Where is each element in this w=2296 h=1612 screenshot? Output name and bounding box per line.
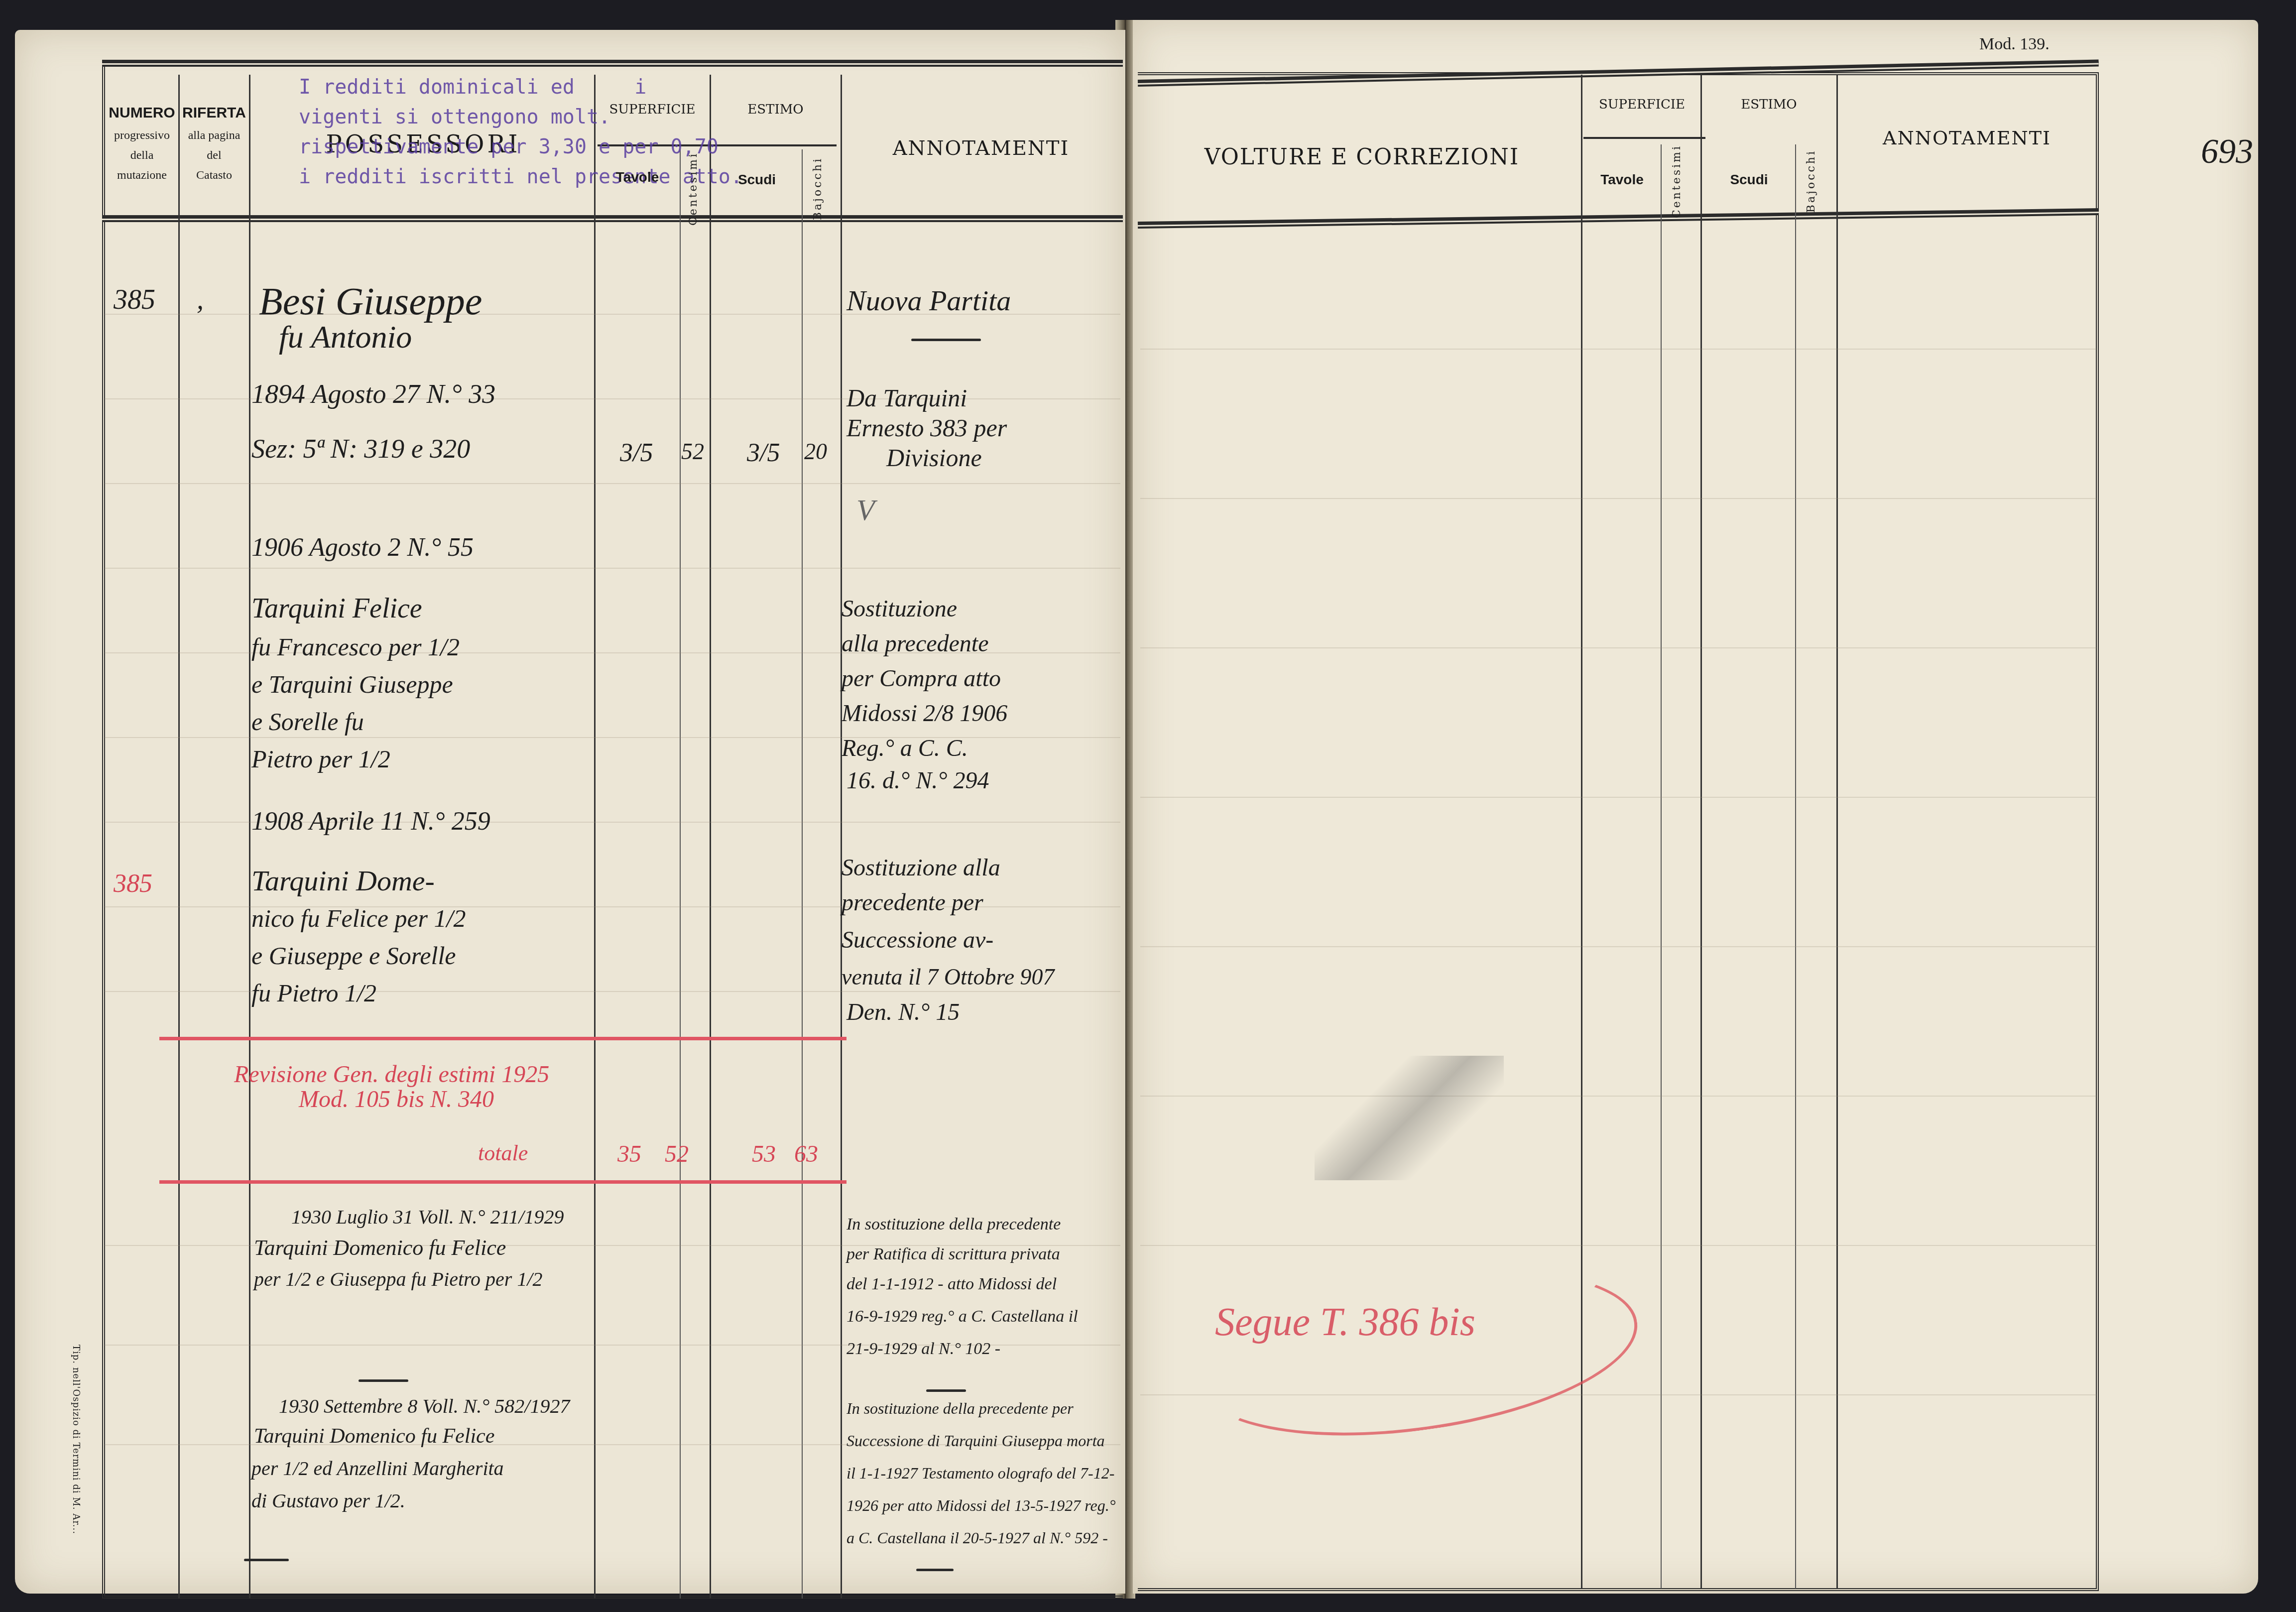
right-superficie-sub-rule <box>1583 137 1705 139</box>
col-line <box>594 75 596 1599</box>
revision-total-label: totale <box>478 1140 528 1166</box>
ruled-line <box>1140 797 2096 798</box>
separator-dash <box>244 1559 289 1561</box>
red-rule-top <box>159 1037 846 1040</box>
header-estimo-right: ESTIMO <box>1703 97 1835 112</box>
header-scudi-right: Scudi <box>1703 172 1795 188</box>
col-line <box>710 75 711 1599</box>
ruled-line <box>1140 349 2096 350</box>
entry-possessore: e Tarquini Giuseppe <box>251 670 453 699</box>
entry-annotamento: per Compra atto <box>842 665 1001 692</box>
entry-annotamento: Sostituzione alla <box>842 854 1000 881</box>
entry-tavole: 3/5 <box>620 438 653 468</box>
later-annotamento: 21-9-1929 al N.° 102 - <box>846 1340 1000 1359</box>
entry-date: 1894 Agosto 27 N.° 33 <box>251 378 495 409</box>
entry-annotamento: Ernesto 383 per <box>846 413 1007 442</box>
col-line <box>1795 144 1796 1589</box>
ruled-line <box>1140 647 2096 648</box>
col-line <box>1836 75 1838 1589</box>
later-entry-line: Tarquini Domenico fu Felice <box>254 1424 494 1448</box>
later-entry-line: Tarquini Domenico fu Felice <box>254 1235 506 1260</box>
pencil-smudge <box>1315 1056 1504 1180</box>
header-superficie-right: SUPERFICIE <box>1583 97 1700 112</box>
entry-annotamento: precedente per <box>842 889 983 916</box>
stamp-line: rispettivamente per 3,30 e per 0,70 <box>299 132 742 162</box>
entry-annotamento: venuta il 7 Ottobre 907 <box>842 964 1055 990</box>
page-number: 693 <box>2201 132 2253 172</box>
later-annotamento: In sostituzione della precedente <box>846 1215 1061 1234</box>
col-line <box>249 75 250 1599</box>
stamp-line: I redditi dominicali ed i <box>299 72 742 102</box>
entry-centesimi: 52 <box>681 438 704 465</box>
header-centesimi: Centesimi <box>687 152 700 226</box>
entry-annotamento: Sostituzione <box>842 595 957 622</box>
entry-possessore: fu Pietro 1/2 <box>251 979 376 1007</box>
later-entry-line: di Gustavo per 1/2. <box>251 1489 405 1512</box>
header-estimo: ESTIMO <box>712 102 839 117</box>
col-line <box>680 149 681 1599</box>
later-annotamento: In sostituzione della precedente per <box>846 1399 1074 1418</box>
header-annotamenti-right: ANNOTAMENTI <box>1842 127 2091 149</box>
header-numero: NUMERO progressivo della mutazione <box>106 105 178 185</box>
entry-annotamento: Reg.° a C. C. <box>842 735 968 762</box>
entry-date: 1906 Agosto 2 N.° 55 <box>251 533 474 562</box>
revision-centesimi: 52 <box>665 1140 689 1168</box>
later-annotamento: 16-9-1929 reg.° a C. Castellana il <box>846 1307 1078 1326</box>
model-label: Mod. 139. <box>1979 35 2050 54</box>
header-riferta-sub: alla pagina <box>179 125 249 145</box>
ruled-line <box>105 568 1120 569</box>
header-riferta-title: RIFERTA <box>179 105 249 122</box>
header-numero-sub: progressivo <box>106 125 178 145</box>
header-scudi: Scudi <box>712 172 802 188</box>
ruled-line <box>1140 946 2096 947</box>
header-tavole: Tavole <box>595 169 680 185</box>
col-line <box>1700 75 1702 1589</box>
revision-tavole: 35 <box>617 1140 641 1168</box>
ruled-line <box>1140 1245 2096 1246</box>
header-bajocchi: Bajocchi <box>812 157 824 220</box>
entry-possessore: fu Francesco per 1/2 <box>251 632 460 661</box>
later-annotamento: per Ratifica di scrittura privata <box>846 1245 1060 1264</box>
entry-possessore: nico fu Felice per 1/2 <box>251 904 466 933</box>
red-rule-bottom <box>159 1180 846 1184</box>
header-numero-sub: della <box>106 145 178 165</box>
entry-section: Sez: 5ª N: 319 e 320 <box>251 433 470 464</box>
col-line <box>802 149 803 1599</box>
later-entry-line: per 1/2 e Giuseppa fu Pietro per 1/2 <box>254 1267 543 1291</box>
ruled-line <box>1140 1096 2096 1097</box>
header-bajocchi-right: Bajocchi <box>1805 149 1817 213</box>
entry-possessore-father: fu Antonio <box>279 319 412 356</box>
later-annotamento: del 1-1-1912 - atto Midossi del <box>846 1275 1057 1294</box>
ruled-line <box>1140 498 2096 499</box>
entry-annotamento: Midossi 2/8 1906 <box>842 700 1007 727</box>
entry-riferta: , <box>197 284 204 316</box>
later-entry-line: per 1/2 ed Anzellini Margherita <box>251 1457 504 1480</box>
ruled-line <box>105 737 1120 738</box>
entry-bajocchi: 20 <box>804 438 827 465</box>
entry-numero: 385 <box>114 284 155 316</box>
header-centesimi-right: Centesimi <box>1671 144 1683 218</box>
revision-bajocchi: 63 <box>794 1140 818 1168</box>
entry-scudi: 3/5 <box>747 438 780 468</box>
entry-possessore: Pietro per 1/2 <box>251 744 390 773</box>
flourish <box>911 339 981 341</box>
entry-possessore: e Giuseppe e Sorelle <box>251 941 456 970</box>
later-annotamento: Successione di Tarquini Giuseppa morta <box>846 1432 1105 1450</box>
later-entry-line: 1930 Luglio 31 Voll. N.° 211/1929 <box>291 1205 564 1229</box>
header-superficie: SUPERFICIE <box>595 102 710 117</box>
col-line <box>1661 144 1662 1589</box>
entry-possessore: e Sorelle fu <box>251 707 364 736</box>
entry-annotamento: Nuova Partita <box>846 284 1011 317</box>
entry-possessore-name: Besi Giuseppe <box>259 279 482 324</box>
later-annotamento: a C. Castellana il 20-5-1927 al N.° 592 … <box>846 1529 1108 1547</box>
separator-dash <box>916 1569 954 1571</box>
header-numero-title: NUMERO <box>106 105 178 122</box>
header-annotamenti: ANNOTAMENTI <box>846 137 1115 160</box>
revision-scudi: 53 <box>752 1140 776 1168</box>
col-line <box>178 75 180 1599</box>
separator-dash <box>926 1389 966 1392</box>
header-tavole-right: Tavole <box>1583 172 1661 188</box>
entry-annotamento: Den. N.° 15 <box>846 998 960 1026</box>
revision-line: Revisione Gen. degli estimi 1925 <box>234 1061 549 1088</box>
header-riferta: RIFERTA alla pagina del Catasto <box>179 105 249 185</box>
entry-annotamento: Divisione <box>886 443 982 472</box>
col-line <box>841 75 842 1599</box>
entry-possessore: Tarquini Felice <box>251 593 422 624</box>
stamp-redditi: I redditi dominicali ed ivigenti si otte… <box>299 42 742 222</box>
revision-line: Mod. 105 bis N. 340 <box>299 1086 494 1113</box>
later-annotamento: 1926 per atto Midossi del 13-5-1927 reg.… <box>846 1496 1115 1515</box>
header-riferta-sub: Catasto <box>179 165 249 185</box>
later-entry-line: 1930 Settembre 8 Voll. N.° 582/1927 <box>279 1394 570 1418</box>
entry-annotamento: Successione av- <box>842 926 993 954</box>
entry-annotamento: alla precedente <box>842 630 988 657</box>
entry-date: 1908 Aprile 11 N.° 259 <box>251 807 490 836</box>
header-riferta-sub: del <box>179 145 249 165</box>
check-mark: V <box>856 493 875 527</box>
header-volture: VOLTURE E CORREZIONI <box>1145 144 1578 170</box>
header-numero-sub: mutazione <box>106 165 178 185</box>
ruled-line <box>105 483 1120 484</box>
printer-note: Tip. nell'Ospizio di Termini di M. Ar... <box>71 1345 81 1534</box>
later-annotamento: il 1-1-1927 Testamento olografo del 7-12… <box>846 1464 1114 1483</box>
separator-dash <box>359 1379 408 1382</box>
entry-annotamento: 16. d.° N.° 294 <box>846 767 989 794</box>
entry-possessore: Tarquini Dome- <box>251 864 435 897</box>
entry-annotamento: Da Tarquini <box>846 383 967 412</box>
entry-numero-red: 385 <box>114 869 152 898</box>
